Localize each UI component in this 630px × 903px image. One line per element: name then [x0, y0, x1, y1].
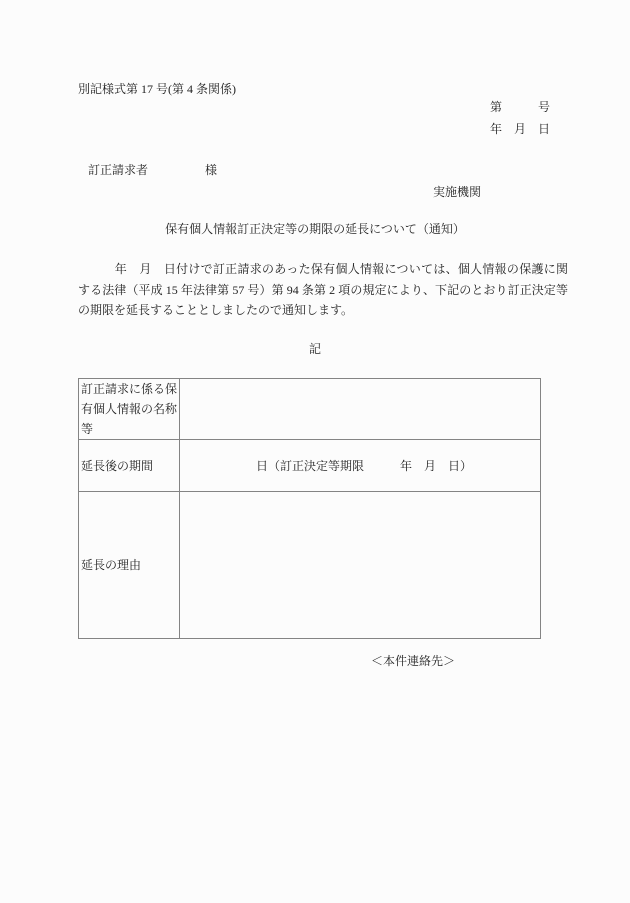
body-line-2: する法律（平成 15 年法律第 57 号）第 94 条第 2 項の規定により、下…: [78, 280, 568, 301]
table-row-information-name: 訂正請求に係る保有個人情報の名称等: [79, 379, 541, 440]
addressee-line: 訂正請求者様: [88, 163, 217, 177]
date-line: 年 月 日: [490, 118, 550, 140]
doc-number-line: 第 号: [490, 96, 550, 118]
addressee-honorific: 様: [205, 163, 217, 177]
addressee-label: 訂正請求者: [88, 163, 148, 177]
body-line-3: の期限を延長することとしましたので通知します。: [78, 300, 568, 321]
row-label-information-name: 訂正請求に係る保有個人情報の名称等: [79, 379, 180, 440]
table-row-extended-period: 延長後の期間 日（訂正決定等期限 年 月 日）: [79, 440, 541, 492]
table-row-extension-reason: 延長の理由: [79, 492, 541, 639]
document-page: 別記様式第 17 号(第 4 条関係) 第 号 年 月 日 訂正請求者様 実施機…: [0, 0, 630, 903]
row-label-extension-reason: 延長の理由: [79, 492, 180, 639]
doc-number-date-block: 第 号 年 月 日: [490, 96, 550, 140]
body-paragraph: 年 月 日付けで訂正請求のあった保有個人情報については、個人情報の保護に関 する…: [78, 259, 568, 321]
form-number: 別記様式第 17 号(第 4 条関係): [78, 82, 236, 96]
row-value-information-name: [180, 379, 541, 440]
contact-heading: ＜本件連絡先＞: [371, 654, 455, 668]
extension-details-table: 訂正請求に係る保有個人情報の名称等 延長後の期間 日（訂正決定等期限 年 月 日…: [78, 378, 541, 639]
issuing-agency: 実施機関: [433, 185, 481, 199]
row-value-extended-period: 日（訂正決定等期限 年 月 日）: [180, 440, 541, 492]
row-value-extension-reason: [180, 492, 541, 639]
body-line-1: 年 月 日付けで訂正請求のあった保有個人情報については、個人情報の保護に関: [78, 259, 568, 280]
row-label-extended-period: 延長後の期間: [79, 440, 180, 492]
document-title: 保有個人情報訂正決定等の期限の延長について（通知）: [0, 222, 630, 236]
record-marker: 記: [0, 342, 630, 356]
